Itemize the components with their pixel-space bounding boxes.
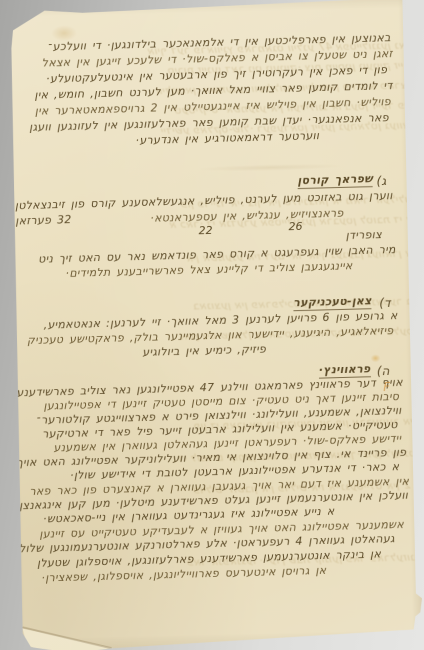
paper-sheet: אויף דער פראווינץ פארמאגט ווילנע 47 אפטי…	[0, 0, 423, 650]
handwritten-line: 32 פערזאן	[15, 213, 72, 228]
attendance-count: 26	[288, 220, 302, 233]
section-heading: צאן-טעכניקער	[293, 294, 372, 311]
handwritten-line: ווערטער דראמאטורגיע אין אנדערע·	[136, 129, 320, 147]
section-language-courses: (ג שפראך קורסן ווערן גוט באזוכט מען לערנ…	[0, 0, 408, 5]
intro-paragraph: באנוצען אין פארפליכטען אין די אלמאנאכער …	[0, 0, 408, 5]
section-province: (ה פראווינץ· אויף דער פראווינץ פארמאגט ו…	[0, 0, 408, 5]
section-dental-technicians: (ד צאן-טעכניקער א גרופע פון 6 פרויען לער…	[0, 0, 408, 5]
attendance-count: 22	[198, 224, 212, 237]
margin-pencil-mark: F	[383, 380, 390, 394]
section-marker: (ג	[376, 174, 386, 188]
section-heading: שפראך קורסן	[297, 172, 373, 189]
handwritten-line: פיזיק, כימיע אין ביולוגיע	[142, 342, 266, 358]
handwritten-line: פראנצויזיש, ענגליש, אין עספעראנטא·	[150, 207, 344, 225]
section-marker: (ד	[379, 296, 391, 310]
handwriting-layer: באנוצען אין פארפליכטען אין די אלמאנאכער …	[0, 0, 423, 650]
photo-of-manuscript: אויף דער פראווינץ פארמאגט ווילנע 47 אפטי…	[0, 0, 424, 650]
handwritten-word: צופרידן	[345, 228, 382, 242]
